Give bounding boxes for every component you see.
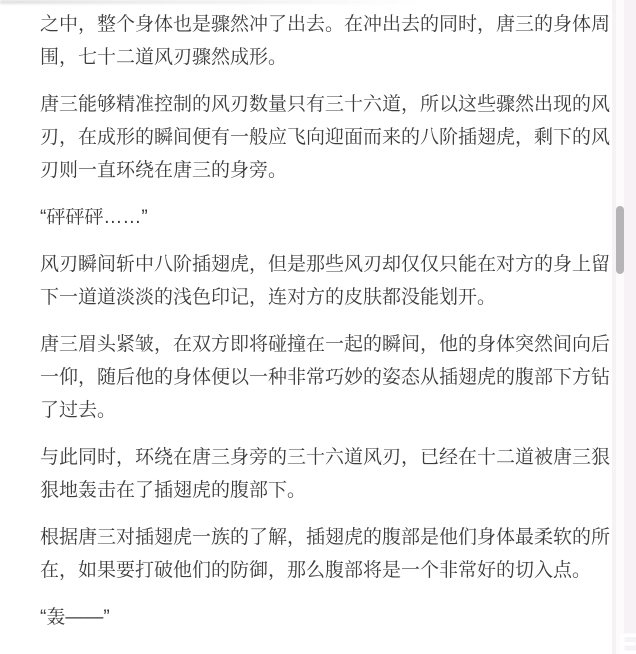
novel-reader-page: 之中，整个身体也是骤然冲了出去。在冲出去的同时，唐三的身体周围，七十二道风刃骤然… — [0, 0, 636, 654]
novel-text-content: 之中，整个身体也是骤然冲了出去。在冲出去的同时，唐三的身体周围，七十二道风刃骤然… — [40, 8, 612, 648]
dialogue-sfx-paragraph-2: “轰——” — [40, 601, 612, 634]
scrollbar-thumb[interactable] — [616, 206, 624, 274]
paragraph-1: 之中，整个身体也是骤然冲了出去。在冲出去的同时，唐三的身体周围，七十二道风刃骤然… — [40, 8, 612, 74]
paragraph-3: 风刃瞬间斩中八阶插翅虎，但是那些风刃却仅仅只能在对方的身上留下一道道淡淡的浅色印… — [40, 248, 612, 314]
dialogue-sfx-paragraph-1: “砰砰砰……” — [40, 201, 612, 234]
paragraph-6: 根据唐三对插翅虎一族的了解，插翅虎的腹部是他们身体最柔软的所在，如果要打破他们的… — [40, 521, 612, 587]
paragraph-4: 唐三眉头紧皱，在双方即将碰撞在一起的瞬间，他的身体突然间向后一仰，随后他的身体便… — [40, 328, 612, 427]
cropped-previous-line-artifact — [0, 0, 420, 4]
scrollbar-track[interactable] — [616, 0, 624, 654]
paragraph-5: 与此同时，环绕在唐三身旁的三十六道风刃，已经在十二道被唐三狠狠地轰击在了插翅虎的… — [40, 441, 612, 507]
window-edge-strip: E — [612, 0, 636, 654]
paragraph-2: 唐三能够精准控制的风刃数量只有三十六道，所以这些骤然出现的风刃，在成形的瞬间便有… — [40, 88, 612, 187]
watermark-letter: E — [618, 630, 636, 654]
